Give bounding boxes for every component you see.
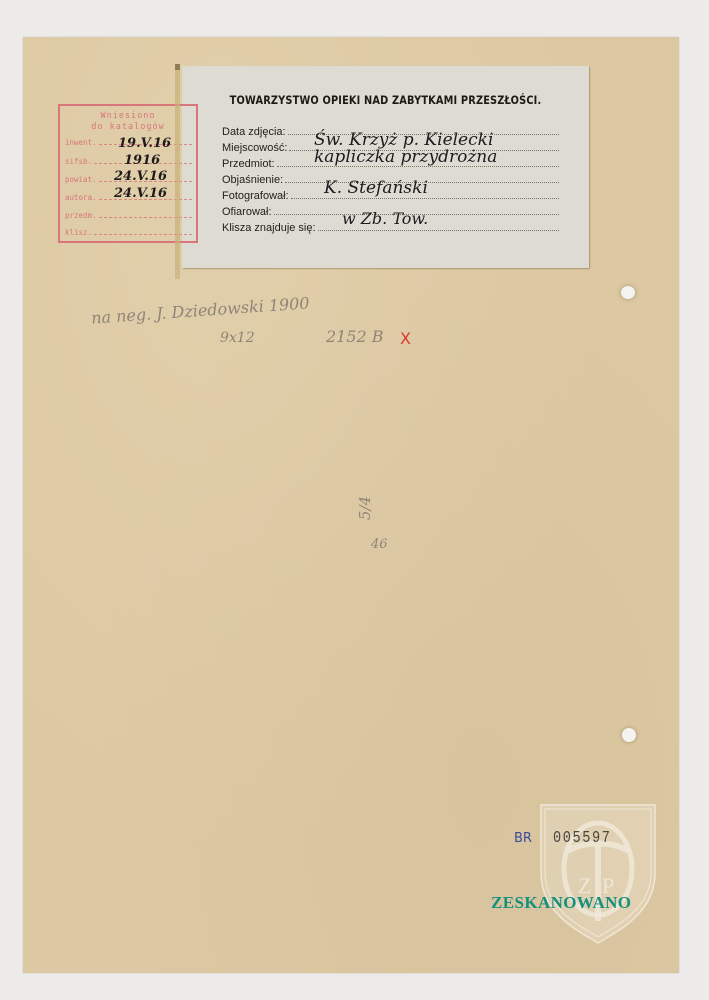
- stamp-row-label: klisz.: [65, 228, 92, 237]
- field-label: Fotografował:: [222, 190, 289, 202]
- stamp-value-autora: 24.V.16: [114, 186, 167, 201]
- pencil-note-small: 46: [371, 537, 388, 552]
- stamp-row-label: autora.: [65, 193, 97, 202]
- stamp-value-inwent: 19.V.16: [118, 136, 171, 151]
- dotted-line: [318, 230, 559, 231]
- stamp-row-label: powiat.: [65, 175, 97, 184]
- handwritten-klisza: w Zb. Tow.: [342, 209, 428, 228]
- tape-strip: [175, 64, 180, 279]
- punch-hole-top: [621, 286, 635, 299]
- field-label: Ofiarował:: [222, 206, 272, 218]
- punch-hole-bottom: [622, 728, 636, 742]
- stamp-value-sifsb: 1916: [124, 153, 160, 168]
- field-label: Przedmiot:: [222, 158, 275, 170]
- archive-card: TOWARZYSTWO OPIEKI NAD ZABYTKAMI PRZESZŁ…: [23, 37, 679, 973]
- pencil-note-size: 9x12: [220, 330, 255, 346]
- pencil-note-negative: na neg. J. Dziedowski 1900: [91, 293, 310, 327]
- label-title: TOWARZYSTWO OPIEKI NAD ZABYTKAMI PRZESZŁ…: [213, 93, 559, 107]
- inventory-number: 005597: [553, 829, 612, 848]
- stamp-row-przedm: przedm.: [65, 210, 192, 220]
- handwritten-przedmiot: kapliczka przydrożna: [314, 147, 497, 167]
- field-label: Objaśnienie:: [222, 174, 283, 186]
- field-label: Data zdjęcia:: [222, 126, 286, 138]
- pencil-note-catalog-number: 2152 B: [326, 327, 384, 346]
- stamp-value-powiat: 24.V.16: [114, 169, 167, 184]
- scanned-stamp: ZESKANOWANO: [491, 893, 631, 913]
- stamp-row-label: sifsb.: [65, 157, 92, 166]
- society-label: TOWARZYSTWO OPIEKI NAD ZABYTKAMI PRZESZŁ…: [182, 66, 589, 268]
- stamp-row-label: inwent.: [65, 138, 97, 147]
- br-prefix: BR: [514, 831, 532, 846]
- field-label: Miejscowość:: [222, 142, 287, 154]
- red-mark: X: [400, 329, 411, 348]
- pencil-note-rotated: 5/4: [356, 496, 374, 520]
- stamp-row-label: przedm.: [65, 211, 97, 220]
- dotted-line: [291, 198, 559, 199]
- ztp-watermark-icon: Z P: [538, 803, 658, 945]
- field-label: Klisza znajduje się:: [222, 222, 316, 234]
- stamp-row-klisz: klisz.: [65, 227, 192, 237]
- handwritten-fotografowal: K. Stefański: [324, 178, 428, 198]
